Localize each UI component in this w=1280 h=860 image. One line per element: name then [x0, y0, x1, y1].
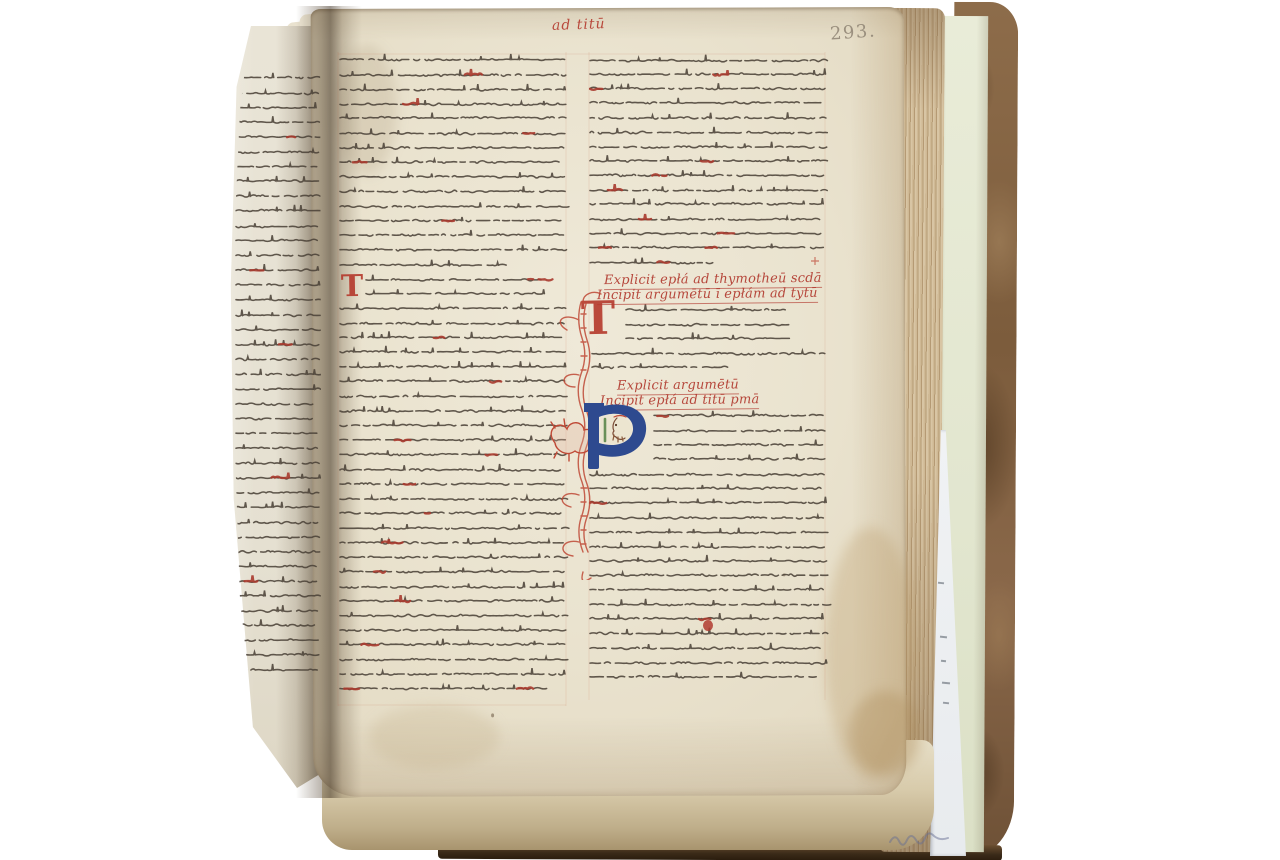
manuscript-recto-page: [311, 7, 907, 797]
parchment-stain: [369, 704, 499, 768]
slip-annotation-mark: [938, 582, 944, 585]
parchment-speck: [783, 573, 786, 576]
slip-annotation-mark: [941, 660, 946, 663]
parchment-stain: [849, 691, 921, 775]
manuscript-photo: ad titū 293. Explicit epłá ad thymotheū …: [0, 0, 1280, 860]
slip-annotation-mark: [940, 636, 947, 639]
parchment-speck: [491, 713, 494, 717]
slip-annotation-mark: [942, 682, 950, 685]
previous-leaf-edge: [226, 26, 322, 788]
parchment-stain: [337, 45, 397, 175]
slip-annotation-mark: [943, 702, 949, 705]
